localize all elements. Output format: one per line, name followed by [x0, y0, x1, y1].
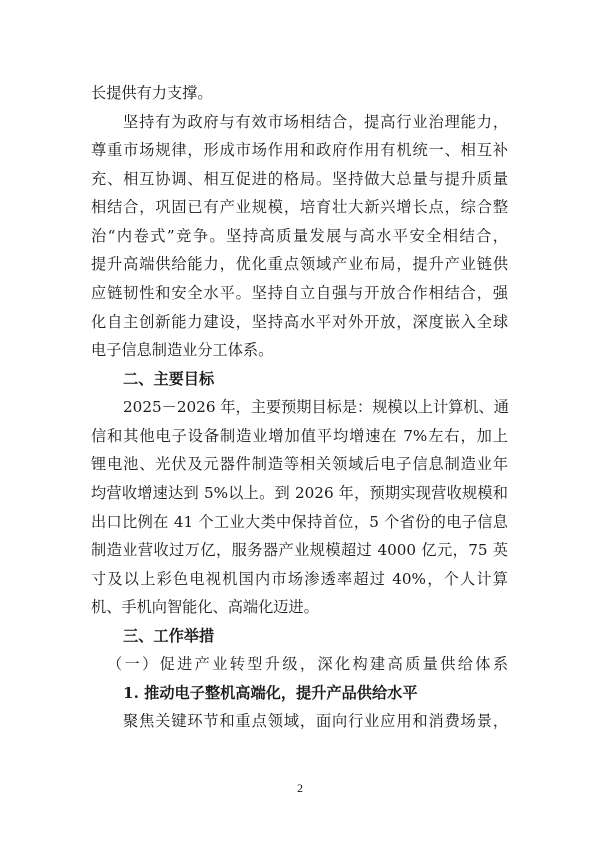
- text-line: 相结合，巩固已有产业规模，培育壮大新兴增长点，综合整: [91, 197, 508, 217]
- text-line: 尊重市场规律，形成市场作用和政府作用有机统一、相互补: [91, 140, 508, 160]
- section-heading-main-goals: 二、主要目标: [123, 369, 508, 389]
- page-number: 2: [0, 781, 600, 796]
- text-line: 锂电池、光伏及元器件制造等相关领域后电子信息制造业年: [91, 454, 508, 474]
- paragraph-first-line: 聚焦关键环节和重点领域，面向行业应用和消费场景，: [123, 711, 508, 731]
- text-line: 治“内卷式”竞争。坚持高质量发展与高水平安全相结合，: [91, 226, 508, 246]
- text-line: 提升高端供给能力，优化重点领域产业布局，提升产业链供: [91, 254, 508, 274]
- document-page: 长提供有力支撑。 坚持有为政府与有效市场相结合，提高行业治理能力， 尊重市场规律…: [0, 0, 600, 849]
- text-line: 长提供有力支撑。: [91, 83, 508, 103]
- text-line: 电子信息制造业分工体系。: [91, 340, 508, 360]
- text-line: 出口比例在 41 个工业大类中保持首位，5 个省份的电子信息: [91, 512, 508, 532]
- text-line: 化自主创新能力建设，坚持高水平对外开放，深度嵌入全球: [91, 312, 508, 332]
- paragraph-first-line: 坚持有为政府与有效市场相结合，提高行业治理能力，: [123, 112, 508, 132]
- text-line: 寸及以上彩色电视机国内市场渗透率超过 40%，个人计算: [91, 569, 508, 589]
- text-line: 机、手机向智能化、高端化迈进。: [91, 597, 508, 617]
- item-heading: 1. 推动电子整机高端化，提升产品供给水平: [123, 683, 508, 703]
- section-heading-work-measures: 三、工作举措: [123, 626, 508, 646]
- text-line: 应链韧性和安全水平。坚持自立自强与开放合作相结合，强: [91, 283, 508, 303]
- text-line: 充、相互协调、相互促进的格局。坚持做大总量与提升质量: [91, 169, 508, 189]
- text-line: 制造业营收过万亿，服务器产业规模超过 4000 亿元，75 英: [91, 540, 508, 560]
- paragraph-first-line: 2025－2026 年，主要预期目标是：规模以上计算机、通: [123, 397, 508, 417]
- subsection-heading: （一）促进产业转型升级，深化构建高质量供给体系: [107, 654, 508, 674]
- text-line: 信和其他电子设备制造业增加值平均增速在 7%左右，加上: [91, 426, 508, 446]
- text-line: 均营收增速达到 5%以上。到 2026 年，预期实现营收规模和: [91, 483, 508, 503]
